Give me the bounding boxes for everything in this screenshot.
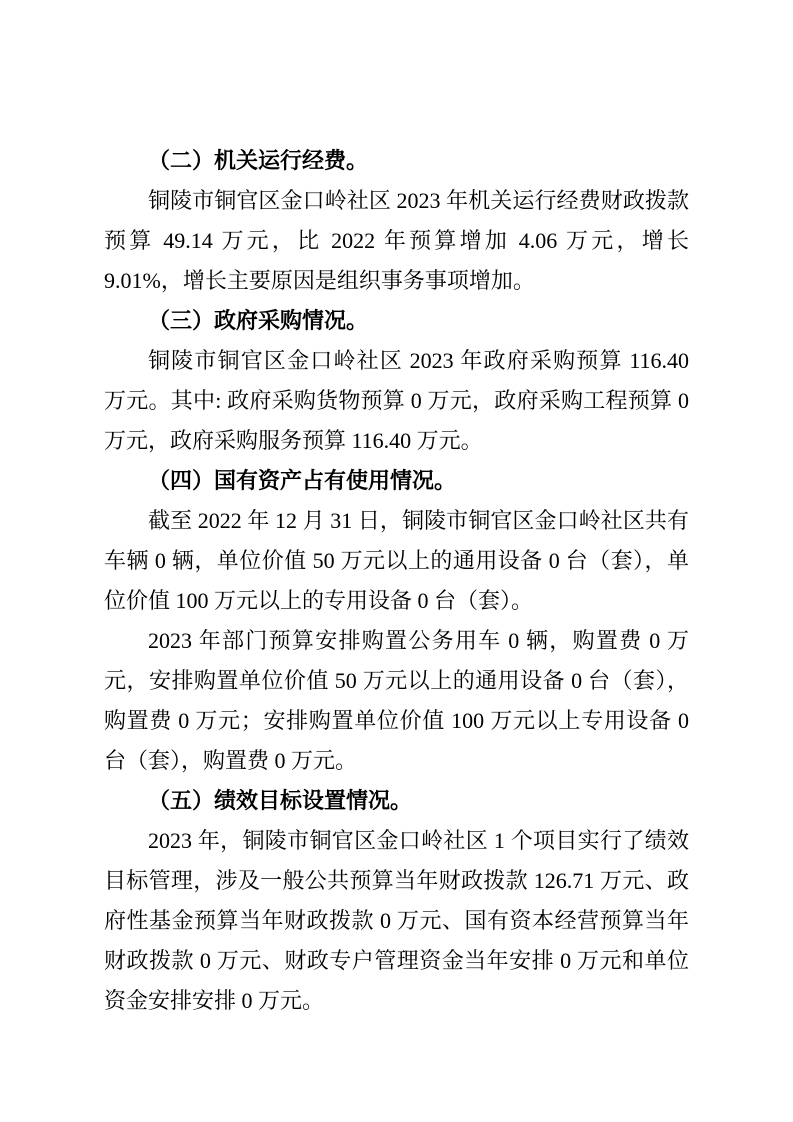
section-heading-agency-operating-expenses: （二）机关运行经费。: [104, 141, 689, 181]
section-heading-government-procurement: （三）政府采购情况。: [104, 301, 689, 341]
section-paragraph-state-owned-assets-current: 截至 2022 年 12 月 31 日，铜陵市铜官区金口岭社区共有车辆 0 辆，…: [104, 501, 689, 621]
section-paragraph-state-owned-assets-planned: 2023 年部门预算安排购置公务用车 0 辆，购置费 0 万元，安排购置单位价值…: [104, 621, 689, 781]
section-paragraph-government-procurement: 铜陵市铜官区金口岭社区 2023 年政府采购预算 116.40 万元。其中: 政…: [104, 341, 689, 461]
document-content: （二）机关运行经费。 铜陵市铜官区金口岭社区 2023 年机关运行经费财政拨款预…: [104, 141, 689, 1021]
document-page: （二）机关运行经费。 铜陵市铜官区金口岭社区 2023 年机关运行经费财政拨款预…: [0, 0, 793, 1122]
section-heading-performance-targets: （五）绩效目标设置情况。: [104, 781, 689, 821]
section-heading-state-owned-assets: （四）国有资产占有使用情况。: [104, 461, 689, 501]
section-paragraph-performance-targets: 2023 年，铜陵市铜官区金口岭社区 1 个项目实行了绩效目标管理，涉及一般公共…: [104, 821, 689, 1021]
section-paragraph-agency-operating-expenses: 铜陵市铜官区金口岭社区 2023 年机关运行经费财政拨款预算 49.14 万元，…: [104, 181, 689, 301]
